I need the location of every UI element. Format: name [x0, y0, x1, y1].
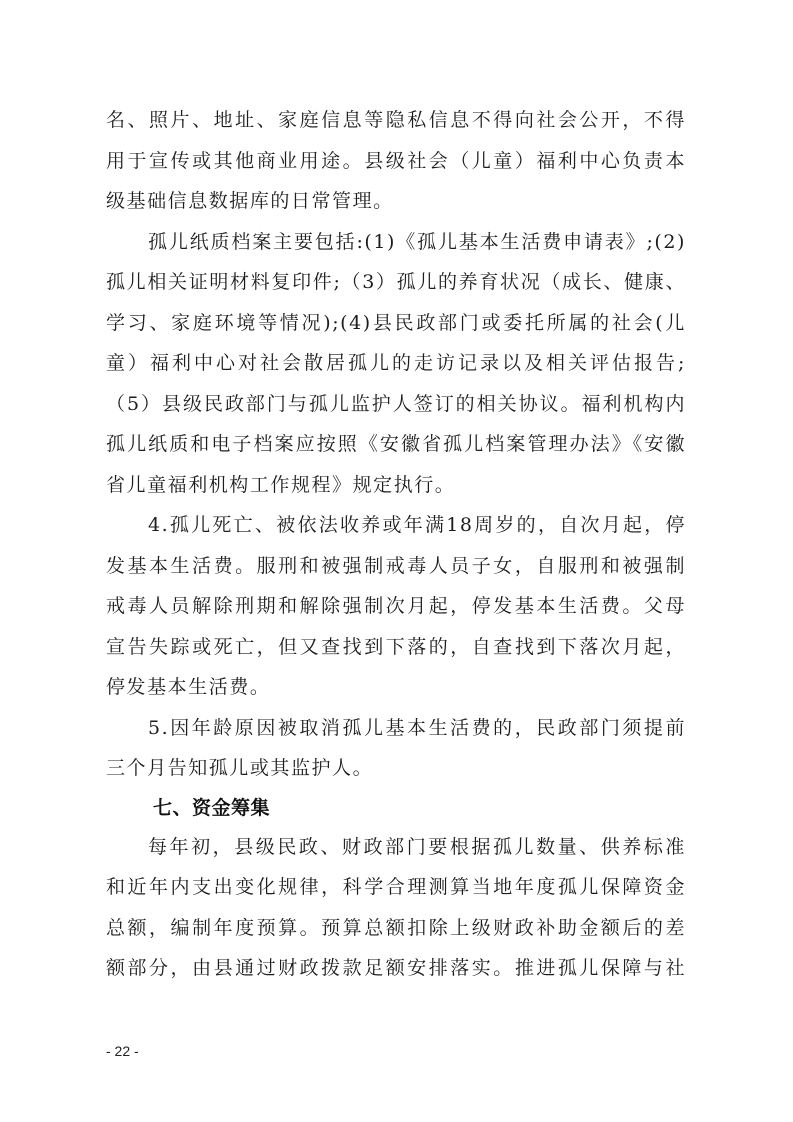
text-line: 名、照片、地址、家庭信息等隐私信息不得向社会公开，不得 [106, 100, 686, 141]
text-line: 学习、家庭环境等情况);(4)县民政部门或委托所属的社会(儿 [106, 303, 686, 344]
text-line: 和近年内支出变化规律，科学合理测算当地年度孤儿保障资金 [106, 867, 686, 908]
text-line: 宣告失踪或死亡，但又查找到下落的，自查找到下落次月起， [106, 627, 686, 668]
text-line: 总额，编制年度预算。预算总额扣除上级财政补助金额后的差 [106, 908, 686, 949]
text-line: 每年初，县级民政、财政部门要根据孤儿数量、供养标准 [106, 827, 686, 868]
text-line: 孤儿纸质和电子档案应按照《安徽省孤儿档案管理办法》《安徽 [106, 424, 686, 465]
text-line: 额部分，由县通过财政拨款足额安排落实。推进孤儿保障与社 [106, 948, 686, 989]
text-line: 4.孤儿死亡、被依法收养或年满18周岁的，自次月起，停 [106, 505, 686, 546]
page-number: - 22 - [106, 1043, 139, 1059]
document-page: 名、照片、地址、家庭信息等隐私信息不得向社会公开，不得 用于宣传或其他商业用途。… [0, 0, 793, 1122]
text-line: 停发基本生活费。 [106, 667, 686, 708]
section-heading: 七、资金筹集 [106, 789, 686, 827]
paragraph-item-4: 4.孤儿死亡、被依法收养或年满18周岁的，自次月起，停 发基本生活费。服刑和被强… [106, 505, 686, 708]
text-line: 用于宣传或其他商业用途。县级社会（儿童）福利中心负责本 [106, 141, 686, 182]
text-line: （5）县级民政部门与孤儿监护人签订的相关协议。福利机构内 [106, 384, 686, 425]
paragraph-item-5: 5.因年龄原因被取消孤儿基本生活费的，民政部门须提前 三个月告知孤儿或其监护人。 [106, 708, 686, 789]
text-line: 级基础信息数据库的日常管理。 [106, 181, 686, 222]
text-line: 三个月告知孤儿或其监护人。 [106, 748, 686, 789]
text-line: 戒毒人员解除刑期和解除强制次月起，停发基本生活费。父母 [106, 586, 686, 627]
text-line: 童）福利中心对社会散居孤儿的走访记录以及相关评估报告; [106, 343, 686, 384]
text-line: 孤儿相关证明材料复印件;（3）孤儿的养育状况（成长、健康、 [106, 262, 686, 303]
text-line: 发基本生活费。服刑和被强制戒毒人员子女，自服刑和被强制 [106, 546, 686, 587]
text-line: 孤儿纸质档案主要包括:(1)《孤儿基本生活费申请表》;(2) [106, 222, 686, 263]
paragraph-funding: 每年初，县级民政、财政部门要根据孤儿数量、供养标准 和近年内支出变化规律，科学合… [106, 827, 686, 989]
text-line: 省儿童福利机构工作规程》规定执行。 [106, 465, 686, 506]
page-body: 名、照片、地址、家庭信息等隐私信息不得向社会公开，不得 用于宣传或其他商业用途。… [106, 100, 686, 989]
text-line: 5.因年龄原因被取消孤儿基本生活费的，民政部门须提前 [106, 708, 686, 749]
paragraph-privacy-continuation: 名、照片、地址、家庭信息等隐私信息不得向社会公开，不得 用于宣传或其他商业用途。… [106, 100, 686, 222]
paragraph-paper-archives: 孤儿纸质档案主要包括:(1)《孤儿基本生活费申请表》;(2) 孤儿相关证明材料复… [106, 222, 686, 506]
